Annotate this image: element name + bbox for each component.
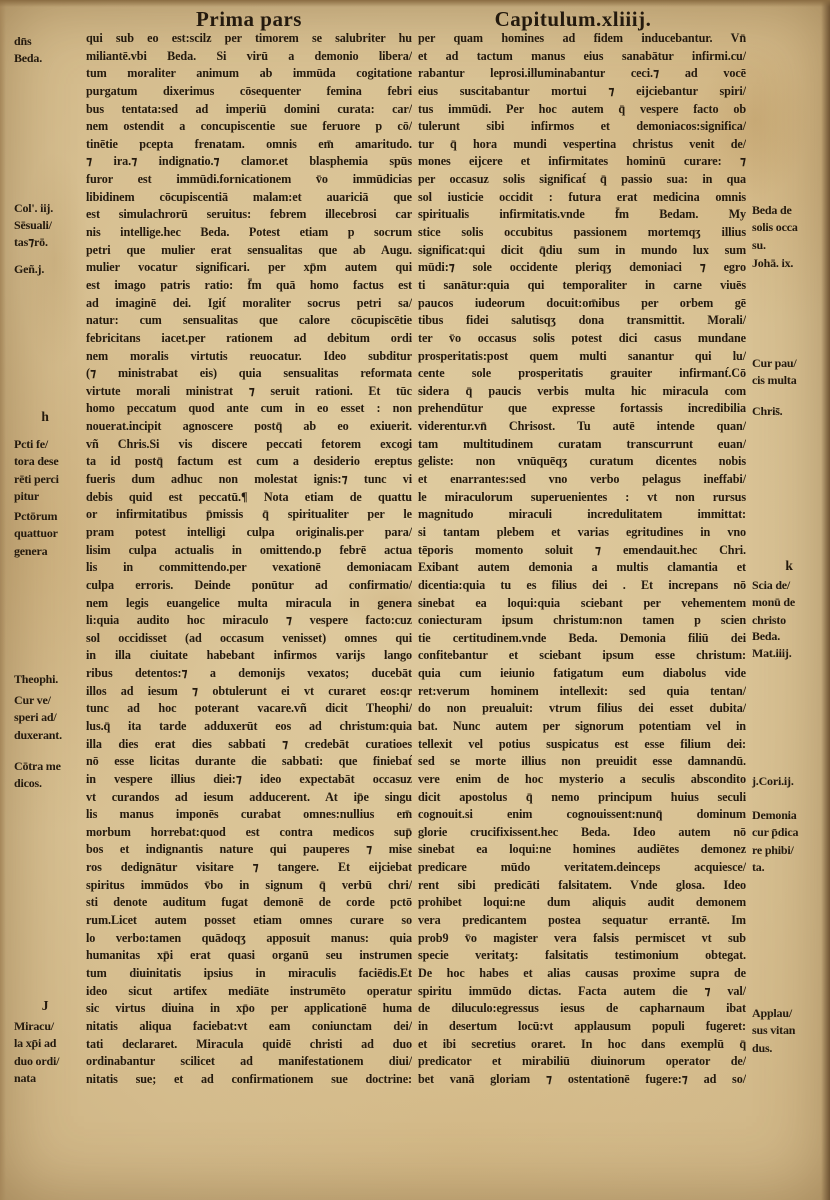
note-miracula-duo: Miracu/la xp̄i adduo ordi/nata (6, 1018, 84, 1087)
text-line: nem moralis virtutis reuocatur. Ideo sub… (86, 348, 412, 366)
text-line: quia cum ieiunio fatigatum eum diabolus … (418, 665, 746, 683)
margin-note-line: Mat.iiij. (752, 645, 828, 662)
margin-note-line: Theophi. (14, 671, 84, 688)
text-line: lisim culpa actualis in omittendo.p febr… (86, 542, 412, 560)
text-line: bos et indignantis nature qui pauperes ⁊… (86, 841, 412, 859)
margin-note-line: speri ad/ (14, 709, 84, 726)
note-theophilactus: Theophi. (6, 671, 84, 688)
text-line: debis quid est peccatū.¶ Nota etiam de q… (86, 489, 412, 507)
margin-note-line: J (6, 997, 84, 1014)
text-line: spiritu immūdo dictas. Facta autem die ⁊… (418, 983, 746, 1001)
text-line: nem ostendit a concupiscentie sue feruor… (86, 118, 412, 136)
text-line: tam multitudinem curatam transcurrunt eu… (418, 436, 746, 454)
margin-note-line: duxerant. (14, 727, 84, 744)
margin-note-line: nata (14, 1070, 84, 1087)
note-gen-i: Geñ.j. (6, 261, 84, 278)
text-line: ter v̄o occasus solis potest dici casus … (418, 330, 746, 348)
text-line: rent sibi predicāti falsitatem. Vnde glo… (418, 877, 746, 895)
text-line: ad imaginē dei. Igit́ moraliter socrus p… (86, 295, 412, 313)
text-column-right: per quam homines ad fidem inducebantur. … (418, 30, 746, 1088)
text-line: natur: cum sensualitas que calore cōcupi… (86, 312, 412, 330)
text-line: febricitans iacet.per rationem ad debitu… (86, 330, 412, 348)
text-line: per quam homines ad fidem inducebantur. … (418, 30, 746, 48)
text-line: mulier vocatur significari. per xp̄m aut… (86, 259, 412, 277)
text-line: ret:verum hominem intellexit: sed quia t… (418, 683, 746, 701)
margin-note-line: dn̄s (14, 33, 84, 50)
text-line: et enarrantes:sed vno verbo pelagus inef… (418, 471, 746, 489)
text-line: sic virtus diuina in xp̄o per applicatio… (86, 1000, 412, 1018)
note-sensualitas-ratio: Sēsuali/tas⁊rō. (6, 217, 84, 252)
text-line: glorie crucifixissent.hec Beda. Ideo aut… (418, 824, 746, 842)
text-line: nis intellige.hec Beda. Potest etiam p s… (86, 224, 412, 242)
margin-note-line: Pcti fe/ (14, 436, 84, 453)
page-edge-top (0, 0, 830, 7)
margin-note-line: Cur pau/ (752, 355, 828, 372)
text-line: cognouit.si enim cognouissent:nunq̄ domi… (418, 806, 746, 824)
text-line: petri que mulier erat sensualitas que ab… (86, 242, 412, 260)
text-line: vt curandos ad iesum adducerent. At ip̄e… (86, 789, 412, 807)
text-line: purgatum dixerimus cōsequenter femina fe… (86, 83, 412, 101)
text-line: confitebantur et sciebant ipsum esse chr… (418, 647, 746, 665)
text-line: bet vanā gloriam ⁊ ostentationē fugere:⁊… (418, 1071, 746, 1089)
text-line: vere enim de hoc mysterio a seculis absc… (418, 771, 746, 789)
margin-note-line: pitur (14, 488, 84, 505)
text-line: sinebat ea loqui:ne homines audiētes dem… (418, 841, 746, 859)
text-line: est simulachrorū seruitus: febrem illece… (86, 206, 412, 224)
margin-note-line: cur p̄dica (752, 824, 828, 841)
text-line: lo verbo:tamen quādoqʒ apposuit manus: q… (86, 930, 412, 948)
text-line: ribus detentos:⁊ a demonijs vexatos; duc… (86, 665, 412, 683)
text-line: vera predicantem postea sequatur errantē… (418, 912, 746, 930)
text-line: tum diuinitatis ipsius in miraculis faci… (86, 965, 412, 983)
text-line: le miraculorum superuenientes : vt non r… (418, 489, 746, 507)
text-line: et ad tactum manus eius sanabātur infirm… (418, 48, 746, 66)
text-line: nem legis euangelice multa miracula in g… (86, 595, 412, 613)
text-line: tunc ad hoc poterant vacare.vñ dicit The… (86, 700, 412, 718)
text-line: tēporis momento soluit ⁊ emendauit.hec C… (418, 542, 746, 560)
text-line: mones eijcere et infirmitates hominū cur… (418, 153, 746, 171)
text-line: ros dedignātur visitare ⁊ tangere. Et ei… (86, 859, 412, 877)
text-line: lis manus imponēs curabat omnes:nullius … (86, 806, 412, 824)
margin-note-line: Beda de (752, 202, 828, 219)
text-line: geliste: non vnūquēqʒ curatum dicentes n… (418, 453, 746, 471)
text-line: prob9 v̄o magister vera falsis permiscet… (418, 930, 746, 948)
text-line: tulerunt sibi infirmos et demoniacos:sig… (418, 118, 746, 136)
margin-note-line: cis multa (752, 372, 828, 389)
text-line: bat. Nunc autem per signorum potentiam v… (418, 718, 746, 736)
text-line: tinētie pcepta frenatam. omnis em̄ amari… (86, 136, 412, 154)
note-beda: Beda. (750, 628, 828, 645)
text-line: tus immūdi. Per hoc autem q̄ vespere fac… (418, 101, 746, 119)
text-line: fueris dum adhuc non molestat ignis:⁊ tu… (86, 471, 412, 489)
margin-note-line: solis occa (752, 219, 828, 236)
text-line: ⁊ ira.⁊ indignatio.⁊ clamor.et blasphemi… (86, 153, 412, 171)
margin-note-line: Col'. iij. (14, 200, 84, 217)
text-line: sidera q̄ paucis verbis multa hic miracu… (418, 383, 746, 401)
margin-note-line: Applau/ (752, 1005, 828, 1022)
text-line: predicator et mirabiliū diuinorum operat… (418, 1053, 746, 1071)
note-contra-medicos: Cōtra medicos. (6, 758, 84, 793)
note-demonia-prohibita: Demoniacur p̄dicare phibi/ta. (750, 807, 828, 876)
text-line: tellexit vel potius suspicatus est esse … (418, 736, 746, 754)
note-ioha-ix: Johā. ix. (750, 255, 828, 272)
text-line: ordinabantur scilicet ad manifestationem… (86, 1053, 412, 1071)
text-line: tibus fidei salutisqʒ dona transmittit. … (418, 312, 746, 330)
margin-note-line: genera (14, 543, 84, 560)
text-line: spiritus immūdos v̄bo in signum q̄ verbū… (86, 877, 412, 895)
text-column-left: qui sub eo est:scilz per timorem se salu… (86, 30, 412, 1088)
text-line: in vespere illius diei:⁊ ideo expectabāt… (86, 771, 412, 789)
text-line: De hoc habes et alias causas proxime sup… (418, 965, 746, 983)
text-line: prehendūtur que expresse fortassis incre… (418, 400, 746, 418)
note-dns-beda: dn̄sBeda. (6, 33, 84, 68)
text-line: sinebat ea loqui:quia sciebant per vehem… (418, 595, 746, 613)
note-chrysostomus: Chris̄. (750, 403, 828, 420)
text-line: tie certitudinem.vnde Beda. Demonia fili… (418, 630, 746, 648)
text-line: et ibi secretius oraret. In hoc dans exe… (418, 1036, 746, 1054)
section-letter-i: J (6, 997, 84, 1014)
note-applausus-vitandus: Applau/sus vitandus. (750, 1005, 828, 1057)
book-page: Prima pars Capitulum.xliiij. qui sub eo … (0, 0, 830, 1200)
note-cur-paucis-multa: Cur pau/cis multa (750, 355, 828, 390)
margin-notes-left: dn̄sBeda.Col'. iij.Sēsuali/tas⁊rō.Geñ.j.… (6, 0, 84, 1200)
text-line: culpa erroris. Deinde ponūtur ad confirm… (86, 577, 412, 595)
margin-note-line: Beda. (14, 50, 84, 67)
text-line: nouerat.incipit agnoscere postq̄ ab eo e… (86, 418, 412, 436)
text-line: significat:qui dicit q̄diu sum in mundo … (418, 242, 746, 260)
text-line: per occasuz solis significat́ q̄ passio … (418, 171, 746, 189)
note-1-cor-ii: j.Cori.ij. (750, 773, 828, 790)
text-line: de diluculo:egressus iesus de capharnaum… (418, 1000, 746, 1018)
text-line: prohibet loqui:ne dum aliquis audit demo… (418, 894, 746, 912)
text-line: dicentia:quia tu es filius dei . Et incr… (418, 577, 746, 595)
text-line: in desertum locū:vt applausum populi fug… (418, 1018, 746, 1036)
text-line: do non preualuit: vtrum filius dei esset… (418, 700, 746, 718)
text-line: libidinem cōcupiscentiā malam:et auarici… (86, 189, 412, 207)
note-peccatorum-genera: Pctōrumquattuorgenera (6, 508, 84, 560)
margin-note-line: Demonia (752, 807, 828, 824)
text-line: nitatis aliqua faciebat:vt eam coniuncta… (86, 1018, 412, 1036)
margin-note-line: h (6, 408, 84, 425)
text-line: cente sole prosperitatis grauiter infirm… (418, 365, 746, 383)
text-line: sol occidisset (ad occasum venisset) omn… (86, 630, 412, 648)
note-scientia-demonum: Scia de/monū dechristo (750, 577, 828, 629)
text-line: prosperitatis:post quem multi sanantur q… (418, 348, 746, 366)
margin-note-line: Cur ve/ (14, 692, 84, 709)
margin-note-line: j.Cori.ij. (752, 773, 828, 790)
text-line: virtute morali ministrat ⁊ seruit ration… (86, 383, 412, 401)
margin-note-line: Pctōrum (14, 508, 84, 525)
text-line: si tantam plebem et varias egritudines i… (418, 524, 746, 542)
margin-note-line: sus vitan (752, 1022, 828, 1039)
text-line: or infirmitatibus p̄missis q̄ spirituali… (86, 506, 412, 524)
text-line: rabantur leprosi.illuminabantur ceci.⁊ a… (418, 65, 746, 83)
margin-note-line: Johā. ix. (752, 255, 828, 272)
text-line: illa dies erat dies sabbati ⁊ credebāt c… (86, 736, 412, 754)
text-line: qui sub eo est:scilz per timorem se salu… (86, 30, 412, 48)
margin-note-line: dicos. (14, 775, 84, 792)
text-line: lus.q̄ ita tarde adduxerūt eos ad christ… (86, 718, 412, 736)
text-line: Exibant autem demonia a multis clamantia… (418, 559, 746, 577)
section-letter-k: k (750, 557, 828, 574)
text-line: est imago patris ratio: f̄m quā homo fac… (86, 277, 412, 295)
margin-note-line: tas⁊rō. (14, 234, 84, 251)
text-line: dicit apostolus q̄ nemo principum huius … (418, 789, 746, 807)
text-line: morbum horrebat:quod est contra medicos … (86, 824, 412, 842)
margin-note-line: Beda. (752, 628, 828, 645)
text-line: specie veritatʒ: falsitatis testimonium … (418, 947, 746, 965)
text-line: ti sanātur:quia qui temporaliter in carn… (418, 277, 746, 295)
note-beda-solis-occasu: Beda desolis occasu. (750, 202, 828, 254)
margin-note-line: k (750, 557, 828, 574)
margin-note-line: su. (752, 237, 828, 254)
margin-note-line: monū de (752, 594, 828, 611)
text-line: viderentur.vn̄ Chrisost. Tu autē intende… (418, 418, 746, 436)
note-col-iii: Col'. iij. (6, 200, 84, 217)
text-line: sol iusticie occidit : futura erat medic… (418, 189, 746, 207)
text-line: predicare mūdo veritatem.deinceps acquie… (418, 859, 746, 877)
margin-note-line: Cōtra me (14, 758, 84, 775)
text-line: mūdi:⁊ sole occidente pleriqʒ demoniaci … (418, 259, 746, 277)
text-line: furor est immūdi.fornicationem v̄o immūd… (86, 171, 412, 189)
margin-note-line: tora dese (14, 453, 84, 470)
text-line: nitatis sue; et ad confirmationem sue do… (86, 1071, 412, 1089)
margin-note-line: duo ordi/ (14, 1053, 84, 1070)
note-cur-vesperi: Cur ve/speri ad/duxerant. (6, 692, 84, 744)
text-line: coniecturam ipsum christum:non tamen p s… (418, 612, 746, 630)
text-line: sti denote auditum fugat demonē de corde… (86, 894, 412, 912)
text-line: vñ Chris.Si vis discere peccati fetorem … (86, 436, 412, 454)
text-line: pram potest intelligi culpa originalis.p… (86, 524, 412, 542)
text-line: rum.Licet autem posset etiam omnes curar… (86, 912, 412, 930)
text-line: tur q̄ hora mundi vespertina christus ve… (418, 136, 746, 154)
text-line: ta id postq̄ factum est cum a desiderio … (86, 453, 412, 471)
margin-note-line: dus. (752, 1040, 828, 1057)
margin-note-line: christo (752, 612, 828, 629)
text-line: nō esse licitas durante die sabbati: que… (86, 753, 412, 771)
margin-note-line: Miracu/ (14, 1018, 84, 1035)
margin-note-line: rēti perci (14, 471, 84, 488)
text-line: eius suscitabantur mortui ⁊ eijciebantur… (418, 83, 746, 101)
note-peccati-fetor: Pcti fe/tora deserēti percipitur (6, 436, 84, 505)
text-line: (⁊ ministrabat eis) quia sensualitas ref… (86, 365, 412, 383)
margin-note-line: Chris̄. (752, 403, 828, 420)
text-line: bus tentata:sed ad imperiū domini curata… (86, 101, 412, 119)
running-title-capitulum: Capitulum.xliiij. (410, 6, 736, 32)
margin-note-line: quattuor (14, 525, 84, 542)
text-line: spiritualis infirmitatis.vnde f̄m Bedam.… (418, 206, 746, 224)
text-line: homo peccatum quod ante cum in eo esset … (86, 400, 412, 418)
running-title-prima-pars: Prima pars (86, 6, 412, 32)
text-line: sed se morte illius non preuidit esse da… (418, 753, 746, 771)
text-line: lis in committendo.per vexationē demonia… (86, 559, 412, 577)
text-line: ideo sicut artifex mediāte instrumēto op… (86, 983, 412, 1001)
text-line: li:quia audito hoc miraculo ⁊ vespere fa… (86, 612, 412, 630)
margin-note-line: Scia de/ (752, 577, 828, 594)
text-line: tati declararet. Miracula quidē christi … (86, 1036, 412, 1054)
text-line: humanitas xp̄i erat quasi organū seu ins… (86, 947, 412, 965)
note-mat-iiii: Mat.iiij. (750, 645, 828, 662)
margin-note-line: la xp̄i ad (14, 1035, 84, 1052)
section-letter-h: h (6, 408, 84, 425)
margin-note-line: re phibi/ (752, 842, 828, 859)
margin-note-line: Geñ.j. (14, 261, 84, 278)
text-line: stice solis occubitus passionem mortemqʒ… (418, 224, 746, 242)
margin-notes-right: Beda desolis occasu.Johā. ix.Cur pau/cis… (750, 0, 828, 1200)
text-line: in illa ciuitate habebant infirmos varij… (86, 647, 412, 665)
text-line: tum moraliter animum ab immūda cogitatio… (86, 65, 412, 83)
text-line: paucos iudeorum docuit:om̄ibus per orbem… (418, 295, 746, 313)
text-line: miliantē.vbi Beda. Si virū a demonio lib… (86, 48, 412, 66)
text-line: magnitudo miraculi incredulitatem immitt… (418, 506, 746, 524)
margin-note-line: ta. (752, 859, 828, 876)
text-line: illos ad iesum ⁊ obtulerunt ei vt curare… (86, 683, 412, 701)
margin-note-line: Sēsuali/ (14, 217, 84, 234)
